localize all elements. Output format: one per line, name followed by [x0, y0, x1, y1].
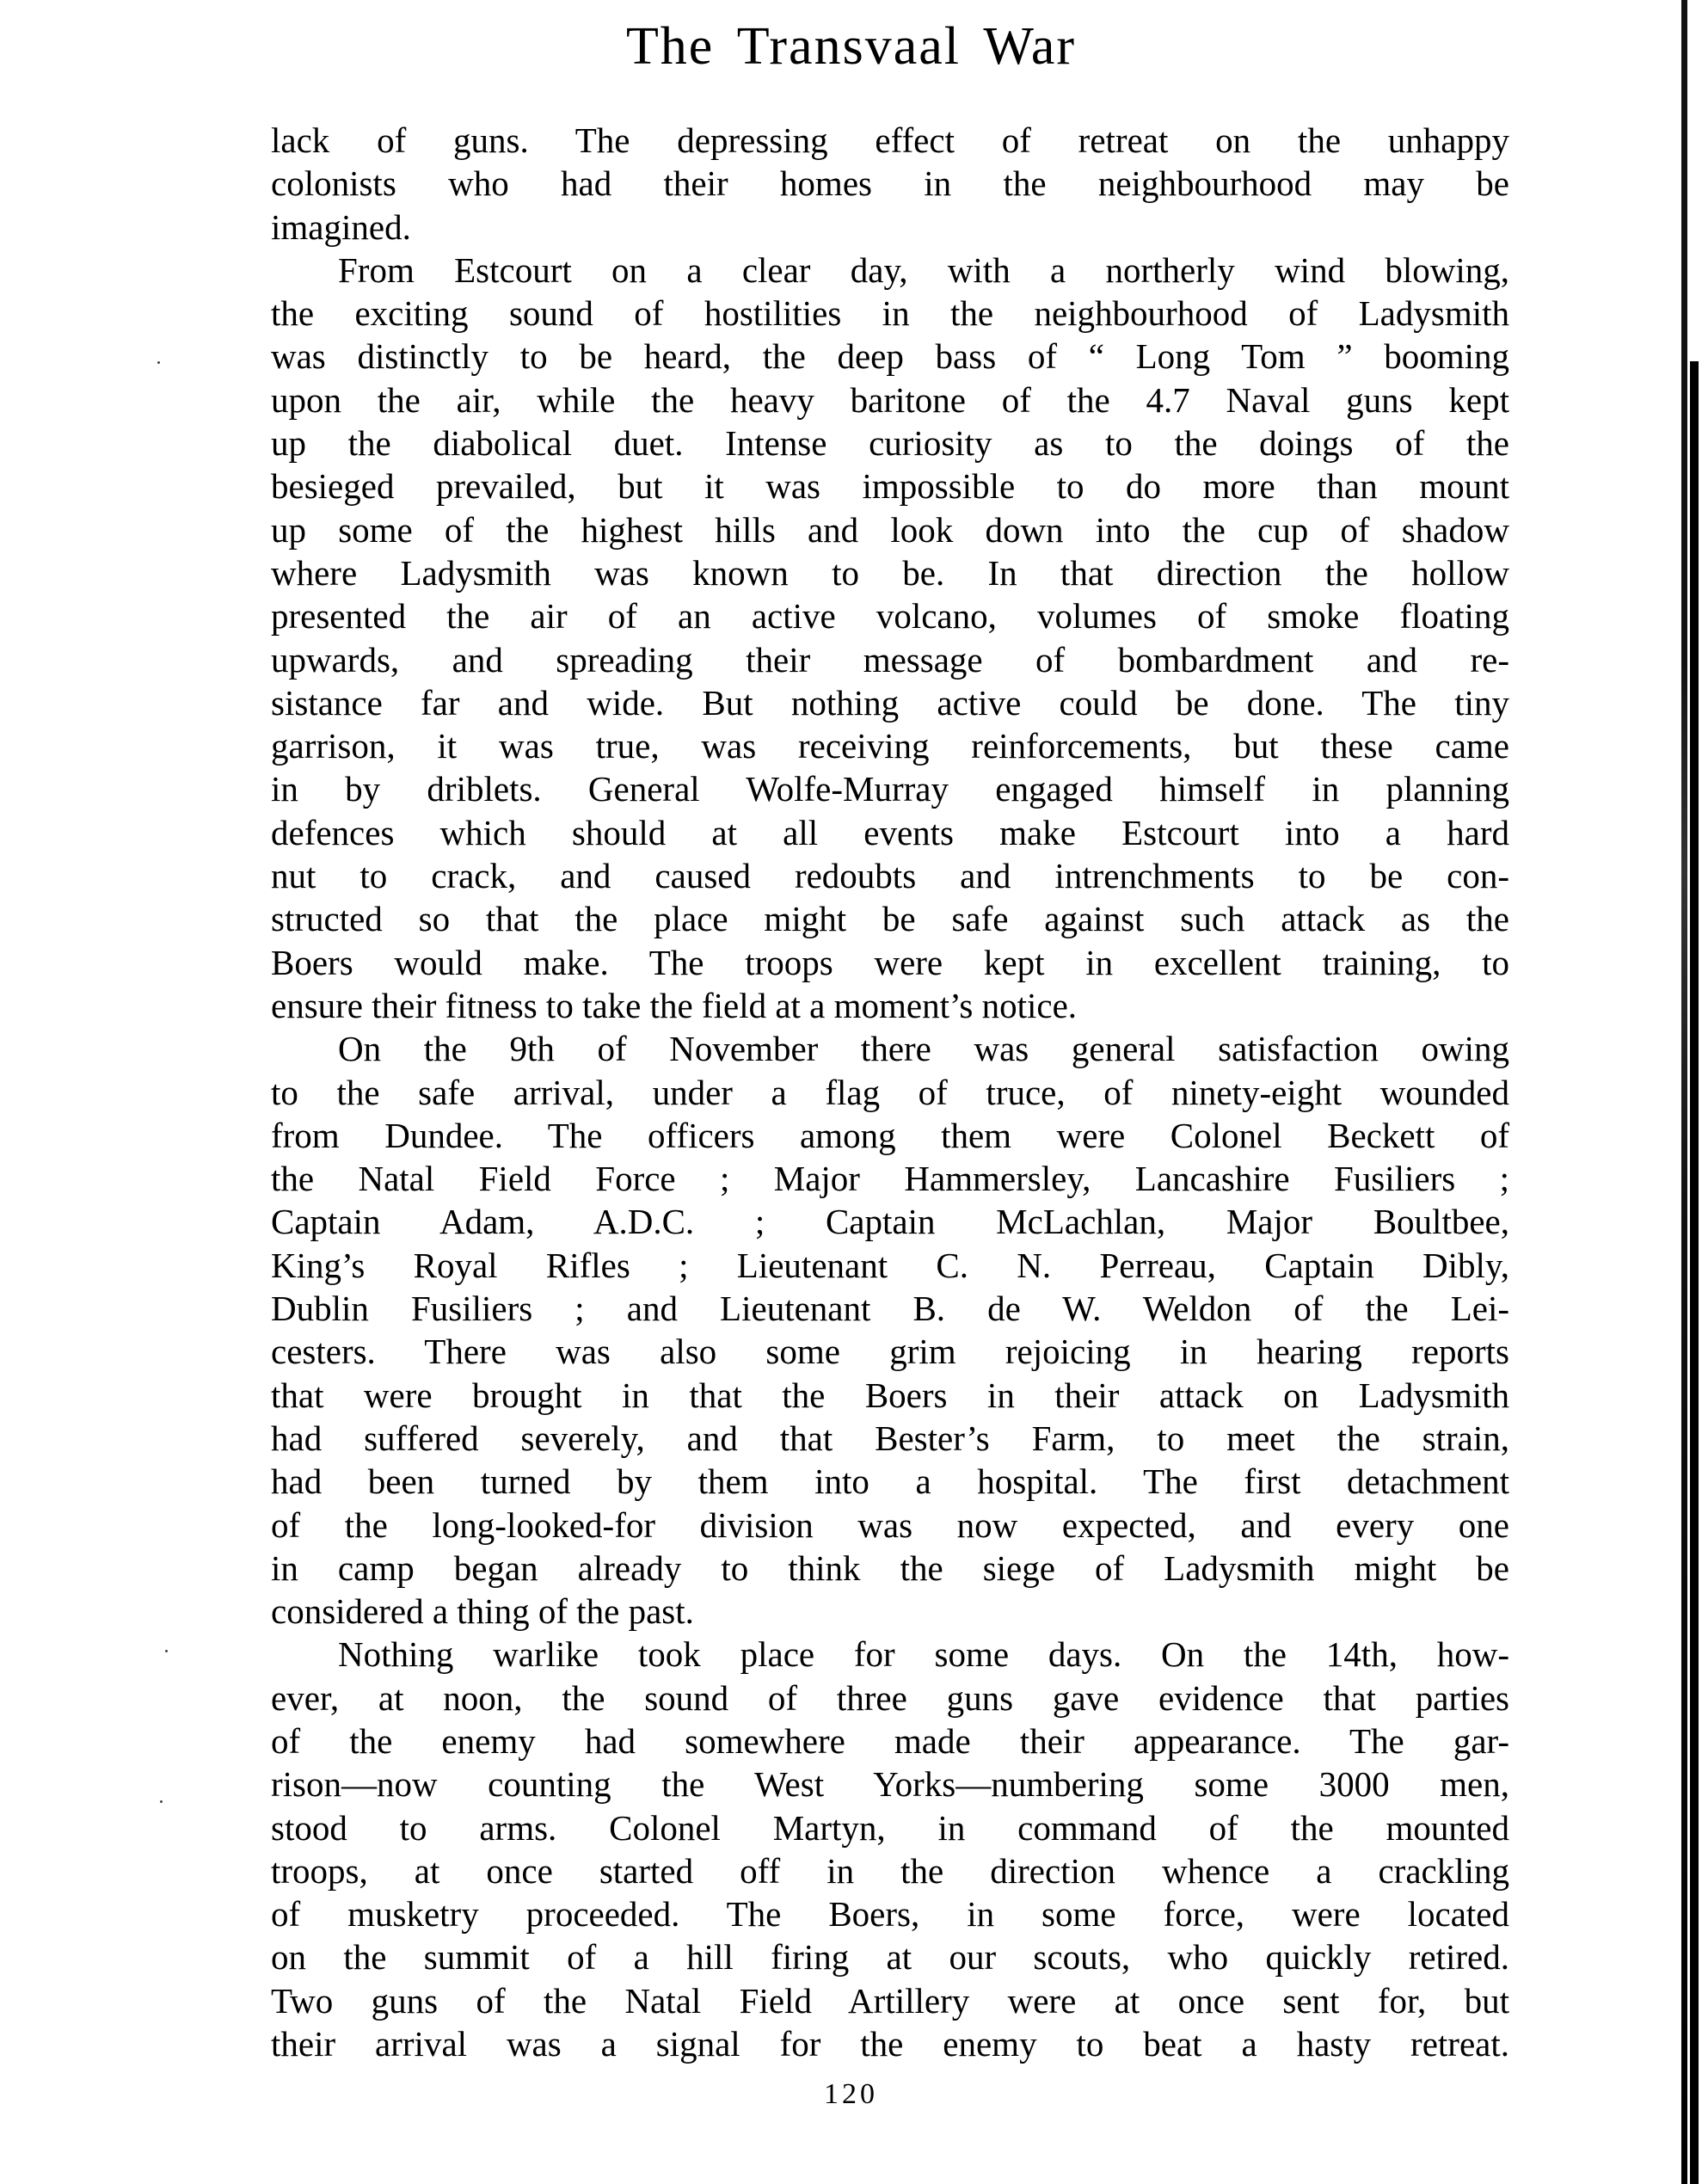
text-line: From Estcourt on a clear day, with a nor… — [271, 249, 1509, 292]
text-line: cesters. There was also some grim rejoic… — [271, 1330, 1509, 1373]
running-head-title: The Transvaal War — [0, 12, 1702, 81]
scan-speck — [160, 1800, 163, 1803]
text-line: up the diabolical duet. Intense curiosit… — [271, 421, 1509, 464]
text-line: sistance far and wide. But nothing activ… — [271, 681, 1509, 724]
text-line: defences which should at all events make… — [271, 811, 1509, 854]
binding-shadow — [1690, 361, 1699, 2184]
text-line: in camp began already to think the siege… — [271, 1547, 1509, 1590]
text-line: where Ladysmith was known to be. In that… — [271, 551, 1509, 594]
text-line: was distinctly to be heard, the deep bas… — [271, 335, 1509, 378]
text-line: in by driblets. General Wolfe-Murray eng… — [271, 767, 1509, 810]
text-line: besieged prevailed, but it was impossibl… — [271, 464, 1509, 508]
book-page: The Transvaal War lack of guns. The depr… — [0, 0, 1702, 2184]
text-line: nut to crack, and caused redoubts and in… — [271, 854, 1509, 897]
binding-shadow — [1681, 0, 1687, 2184]
body-text: lack of guns. The depressing effect of r… — [271, 119, 1509, 2065]
text-line: Boers would make. The troops were kept i… — [271, 941, 1509, 984]
text-line: structed so that the place might be safe… — [271, 897, 1509, 940]
text-line: to the safe arrival, under a flag of tru… — [271, 1071, 1509, 1114]
text-line: considered a thing of the past. — [271, 1590, 1509, 1633]
text-line: upwards, and spreading their message of … — [271, 638, 1509, 681]
text-line: imagined. — [271, 206, 1509, 249]
text-line: their arrival was a signal for the enemy… — [271, 2022, 1509, 2065]
page-binding-edge — [1674, 0, 1702, 2184]
text-line: presented the air of an active volcano, … — [271, 594, 1509, 637]
text-line: On the 9th of November there was general… — [271, 1027, 1509, 1070]
scan-speck — [157, 361, 160, 364]
text-line: had been turned by them into a hospital.… — [271, 1460, 1509, 1503]
text-line: the exciting sound of hostilities in the… — [271, 292, 1509, 335]
text-line: up some of the highest hills and look do… — [271, 508, 1509, 551]
text-line: on the summit of a hill firing at our sc… — [271, 1935, 1509, 1978]
text-line: stood to arms. Colonel Martyn, in comman… — [271, 1806, 1509, 1849]
text-line: from Dundee. The officers among them wer… — [271, 1114, 1509, 1157]
text-line: of the enemy had somewhere made their ap… — [271, 1720, 1509, 1763]
text-line: rison—now counting the West Yorks—number… — [271, 1763, 1509, 1806]
text-line: upon the air, while the heavy baritone o… — [271, 378, 1509, 421]
text-line: garrison, it was true, was receiving rei… — [271, 724, 1509, 767]
text-line: lack of guns. The depressing effect of r… — [271, 119, 1509, 162]
text-line: colonists who had their homes in the nei… — [271, 162, 1509, 205]
text-line: the Natal Field Force ; Major Hammersley… — [271, 1157, 1509, 1200]
text-line: Nothing warlike took place for some days… — [271, 1633, 1509, 1676]
text-line: of the long-looked-for division was now … — [271, 1504, 1509, 1547]
text-line: troops, at once started off in the direc… — [271, 1849, 1509, 1892]
text-line: ensure their fitness to take the field a… — [271, 984, 1509, 1027]
text-line: Dublin Fusiliers ; and Lieutenant B. de … — [271, 1287, 1509, 1330]
text-line: King’s Royal Rifles ; Lieutenant C. N. P… — [271, 1244, 1509, 1287]
text-line: Captain Adam, A.D.C. ; Captain McLachlan… — [271, 1200, 1509, 1243]
text-line: Two guns of the Natal Field Artillery we… — [271, 1979, 1509, 2022]
page-number: 120 — [0, 2073, 1702, 2116]
scan-speck — [165, 1650, 168, 1652]
text-line: of musketry proceeded. The Boers, in som… — [271, 1892, 1509, 1935]
text-line: that were brought in that the Boers in t… — [271, 1374, 1509, 1417]
text-line: ever, at noon, the sound of three guns g… — [271, 1676, 1509, 1720]
text-line: had suffered severely, and that Bester’s… — [271, 1417, 1509, 1460]
